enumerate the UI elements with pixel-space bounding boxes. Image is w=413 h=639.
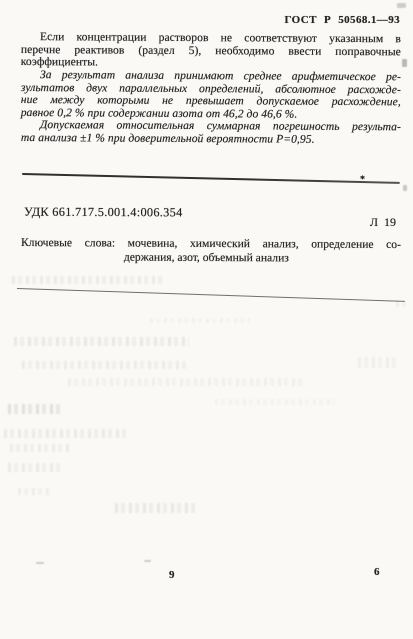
paragraph-allowed-error: Допускаемая относительная суммарная погр… <box>21 119 401 146</box>
paragraph-correction-factors: Если концентрации растворов не соответст… <box>21 31 401 71</box>
keywords-line: держания, азот, объемный анализ <box>124 251 401 266</box>
scan-artifact <box>14 337 189 346</box>
scan-speck <box>397 3 406 8</box>
scan-artifact <box>215 399 335 405</box>
scan-speck <box>403 185 407 191</box>
keywords-block: Ключевые слова: мочевина, химический ана… <box>21 236 401 266</box>
scan-artifact <box>8 463 64 472</box>
scan-artifact <box>4 429 126 438</box>
text-line: та анализа ±1 % при доверительной вероят… <box>21 132 401 147</box>
scan-speck <box>402 59 407 67</box>
page-number-right: 6 <box>374 566 380 578</box>
scan-artifact <box>12 276 162 284</box>
scan-speck <box>144 560 151 562</box>
udk-number: УДК 661.717.5.001.4:006.354 <box>24 205 183 221</box>
scan-artifact <box>396 300 408 307</box>
scan-artifact <box>68 378 303 386</box>
scan-artifact <box>115 503 197 513</box>
horizontal-rule: * <box>22 173 400 184</box>
document-page: ГОСТ Р 50568.1—93 Если концентрации раст… <box>0 0 413 639</box>
keywords-line: Ключевые слова: мочевина, химический ана… <box>21 236 401 252</box>
page-number-center: 9 <box>169 569 175 581</box>
classification-code: Л 19 <box>370 215 396 230</box>
scan-artifact <box>358 357 400 368</box>
footnote-mark: * <box>360 174 365 185</box>
scan-artifact <box>10 444 72 452</box>
scan-artifact <box>18 488 52 495</box>
standard-number: ГОСТ Р 50568.1—93 <box>285 14 400 26</box>
scan-speck <box>36 562 44 564</box>
scan-artifact <box>22 361 187 369</box>
scan-artifact <box>150 318 250 323</box>
bleed-through-rule <box>17 288 405 302</box>
paragraph-analysis-result: За результат анализа принимают среднее а… <box>21 69 401 122</box>
scan-artifact <box>8 404 64 414</box>
